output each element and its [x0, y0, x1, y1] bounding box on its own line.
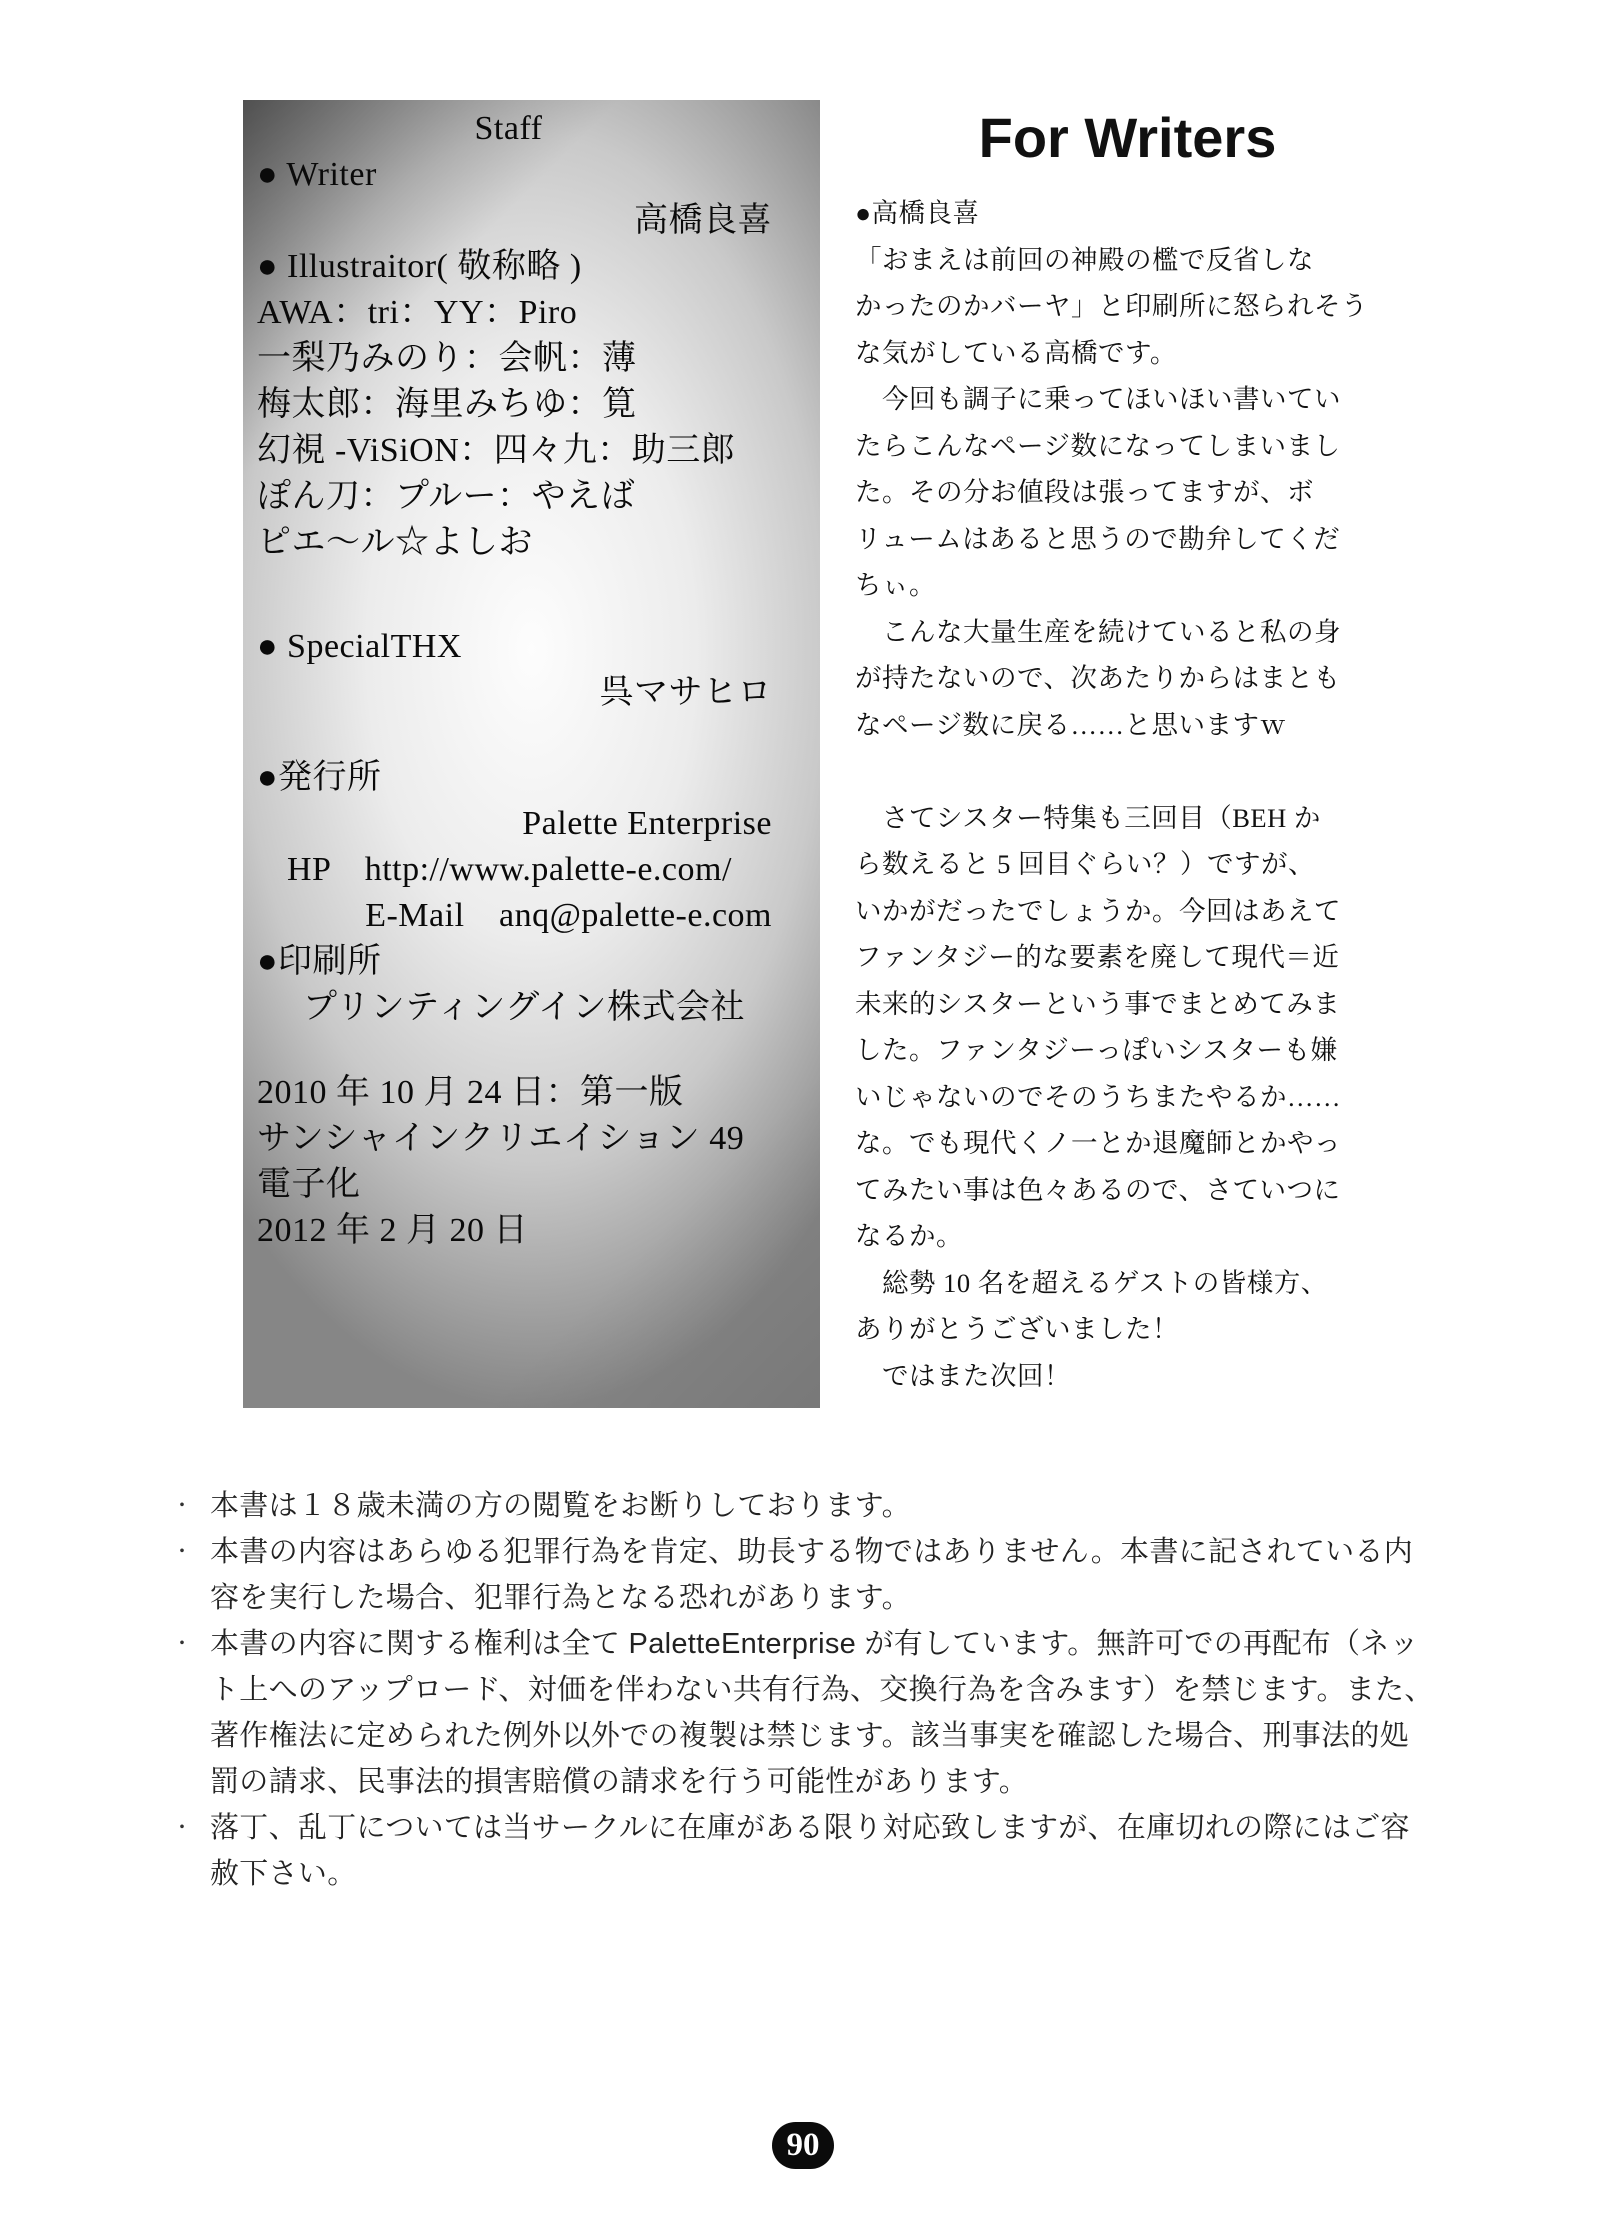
staff-line: ● Writer	[257, 152, 794, 198]
staff-line: ぽん刀：プルー：やえば	[257, 474, 794, 520]
staff-line: 梅太郎：海里みちゆ：筧	[257, 382, 794, 428]
staff-line: ●印刷所	[257, 939, 794, 985]
bullet-icon: ・	[172, 1621, 210, 1667]
staff-line: 一梨乃みのり：会帆：薄	[257, 336, 794, 382]
staff-line: プリンティングイン株式会社	[257, 985, 794, 1031]
staff-line: 幻視 -ViSiON：四々九：助三郎	[257, 428, 794, 474]
staff-line: 2010 年 10 月 24 日：第一版	[257, 1070, 794, 1116]
staff-title: Staff	[257, 106, 794, 152]
for-writers-column: For Writers ●高橋良喜 「おまえは前回の神殿の檻で反省しな かったの…	[855, 100, 1400, 1399]
notice-text: 本書は１８歳未満の方の閲覧をお断りしております。	[210, 1483, 1502, 1529]
notice-text: 落丁、乱丁については当サークルに在庫がある限り対応致しますが、在庫切れの際にはご…	[210, 1805, 1502, 1897]
for-writers-title: For Writers	[855, 100, 1400, 175]
notice-text: 本書の内容に関する権利は全て PaletteEnterprise が有しています…	[210, 1621, 1502, 1805]
staff-line: ●発行所	[257, 755, 794, 801]
notice-item: ・ 落丁、乱丁については当サークルに在庫がある限り対応致しますが、在庫切れの際に…	[172, 1805, 1502, 1897]
staff-line-homepage: HP http://www.palette-e.com/	[257, 847, 794, 893]
staff-line: サンシャインクリエイション 49	[257, 1116, 794, 1162]
for-writers-text: ●高橋良喜 「おまえは前回の神殿の檻で反省しな かったのかバーヤ」と印刷所に怒ら…	[855, 190, 1400, 1399]
bullet-icon: ・	[172, 1805, 210, 1851]
staff-line: ピエ〜ル☆よしお	[257, 520, 794, 566]
staff-line: ● Illustraitor( 敬称略 )	[257, 244, 794, 290]
page-number-badge: 90	[772, 2122, 834, 2169]
staff-box: Staff ● Writer 高橋良喜 ● Illustraitor( 敬称略 …	[243, 100, 820, 1408]
notice-item: ・ 本書は１８歳未満の方の閲覧をお断りしております。	[172, 1483, 1502, 1529]
notice-item: ・ 本書の内容に関する権利は全て PaletteEnterprise が有してい…	[172, 1621, 1502, 1805]
colophon-page: Staff ● Writer 高橋良喜 ● Illustraitor( 敬称略 …	[0, 0, 1600, 2238]
notices-list: ・ 本書は１８歳未満の方の閲覧をお断りしております。 ・ 本書の内容はあらゆる犯…	[172, 1483, 1502, 1897]
staff-line: 呉マサヒロ	[257, 670, 794, 716]
staff-line: 高橋良喜	[257, 198, 794, 244]
bullet-icon: ・	[172, 1529, 210, 1575]
bullet-icon: ・	[172, 1483, 210, 1529]
page-number: 90	[787, 2129, 820, 2162]
staff-line: 電子化	[257, 1162, 794, 1208]
notice-text: 本書の内容はあらゆる犯罪行為を肯定、助長する物ではありません。本書に記されている…	[210, 1529, 1502, 1621]
staff-line-email: E-Mail anq@palette-e.com	[257, 893, 794, 939]
staff-line: 2012 年 2 月 20 日	[257, 1208, 794, 1254]
staff-line: AWA：tri：YY：Piro	[257, 290, 794, 336]
staff-line: Palette Enterprise	[257, 801, 794, 847]
notice-item: ・ 本書の内容はあらゆる犯罪行為を肯定、助長する物ではありません。本書に記されて…	[172, 1529, 1502, 1621]
staff-line: ● SpecialTHX	[257, 624, 794, 670]
